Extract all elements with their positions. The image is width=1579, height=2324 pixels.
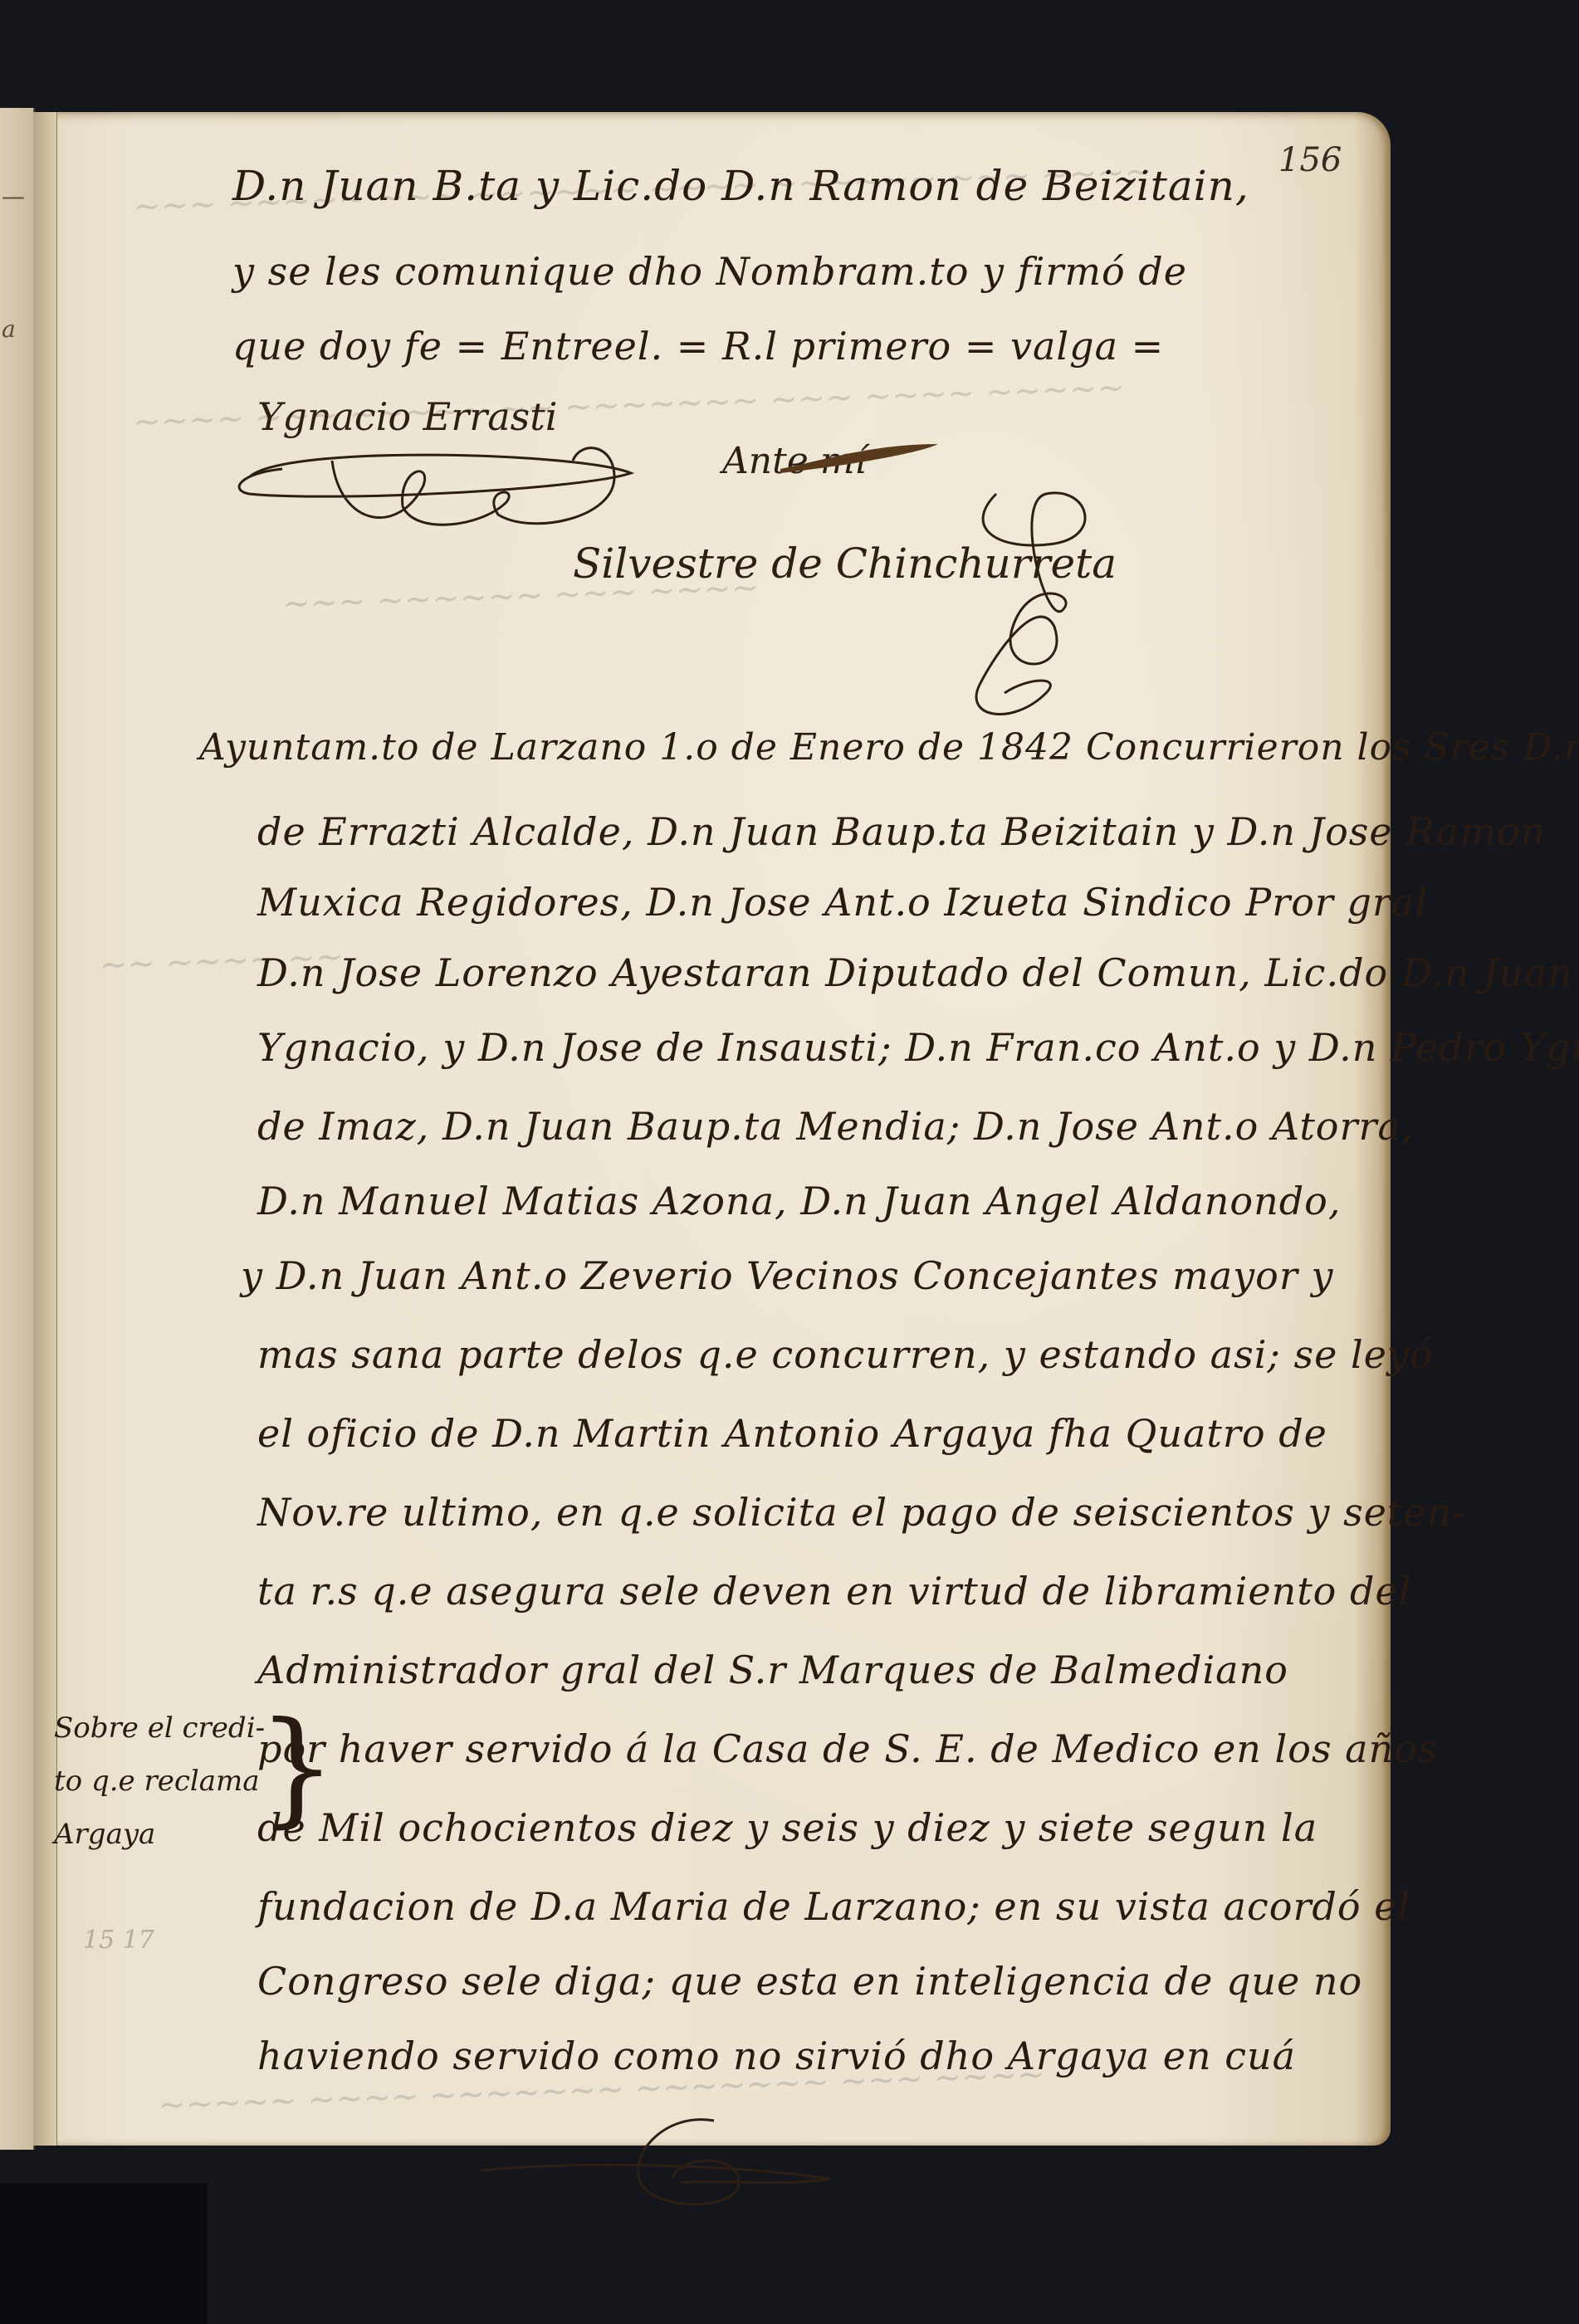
notary-rubric-icon: [946, 461, 1112, 743]
minutes-line: Ygnacio, y D.n Jose de Insausti; D.n Fra…: [257, 1025, 1579, 1070]
minutes-line: Administrador gral del S.r Marques de Ba…: [257, 1648, 1288, 1692]
minutes-line: Ayuntam.to de Larzano 1.o de Enero de 18…: [199, 726, 1579, 769]
previous-page-edge: — a: [0, 108, 35, 2150]
margin-note-line: to q.e reclama: [54, 1755, 270, 1808]
bleed-through-number: 15 17: [83, 1926, 154, 1955]
folio-number: 156: [1278, 141, 1342, 179]
minutes-line: de Mil ochocientos diez y seis y diez y …: [257, 1805, 1317, 1850]
minutes-line: el oficio de D.n Martin Antonio Argaya f…: [257, 1411, 1327, 1456]
minutes-line: D.n Jose Lorenzo Ayestaran Diputado del …: [257, 950, 1573, 995]
minutes-line: Muxica Regidores, D.n Jose Ant.o Izueta …: [257, 880, 1428, 925]
brace-icon: }: [257, 1706, 336, 1830]
minutes-line: y D.n Juan Ant.o Zeverio Vecinos Conceja…: [241, 1253, 1333, 1298]
minutes-line: fundacion de D.a Maria de Larzano; en su…: [257, 1884, 1410, 1929]
previous-page-fragment: —: [2, 183, 25, 210]
minutes-line: haviendo servido como no sirvió dho Arga…: [257, 2033, 1296, 2078]
margin-note-line: Sobre el credi-: [54, 1701, 270, 1755]
minutes-line: Nov.re ultimo, en q.e solicita el pago d…: [257, 1490, 1466, 1535]
continuation-line: y se les comunique dho Nombram.to y firm…: [232, 249, 1187, 294]
manuscript-page: ~~~ ~~~~~ ~~~ ~~~~~~ ~~~~ ~~~~~~ ~~~ ~~~…: [33, 112, 1391, 2146]
rubric-flourish-icon: [232, 427, 664, 544]
previous-page-fragment: a: [2, 315, 16, 343]
minutes-line: mas sana parte delos q.e concurren, y es…: [257, 1332, 1434, 1377]
minutes-line: de Imaz, D.n Juan Baup.ta Mendia; D.n Jo…: [257, 1104, 1415, 1149]
continuation-line: que doy fe = Entreel. = R.l primero = va…: [232, 324, 1164, 369]
minutes-line: Congreso sele diga; que esta en intelige…: [257, 1959, 1362, 2004]
minutes-line: por haver servido á la Casa de S. E. de …: [257, 1726, 1439, 1771]
bottom-rubric-icon: [465, 2104, 863, 2220]
minutes-line: D.n Manuel Matias Azona, D.n Juan Angel …: [257, 1179, 1341, 1223]
background-shadow: [0, 2183, 208, 2324]
margin-note-line: Argaya: [54, 1808, 270, 1861]
continuation-line: D.n Juan B.ta y Lic.do D.n Ramon de Beiz…: [232, 162, 1249, 210]
ink-stroke-icon: [772, 436, 955, 486]
minutes-line: ta r.s q.e asegura sele deven en virtud …: [257, 1569, 1411, 1614]
margin-note: Sobre el credi- to q.e reclama Argaya: [54, 1701, 270, 1861]
minutes-line: de Errazti Alcalde, D.n Juan Baup.ta Bei…: [257, 809, 1546, 854]
